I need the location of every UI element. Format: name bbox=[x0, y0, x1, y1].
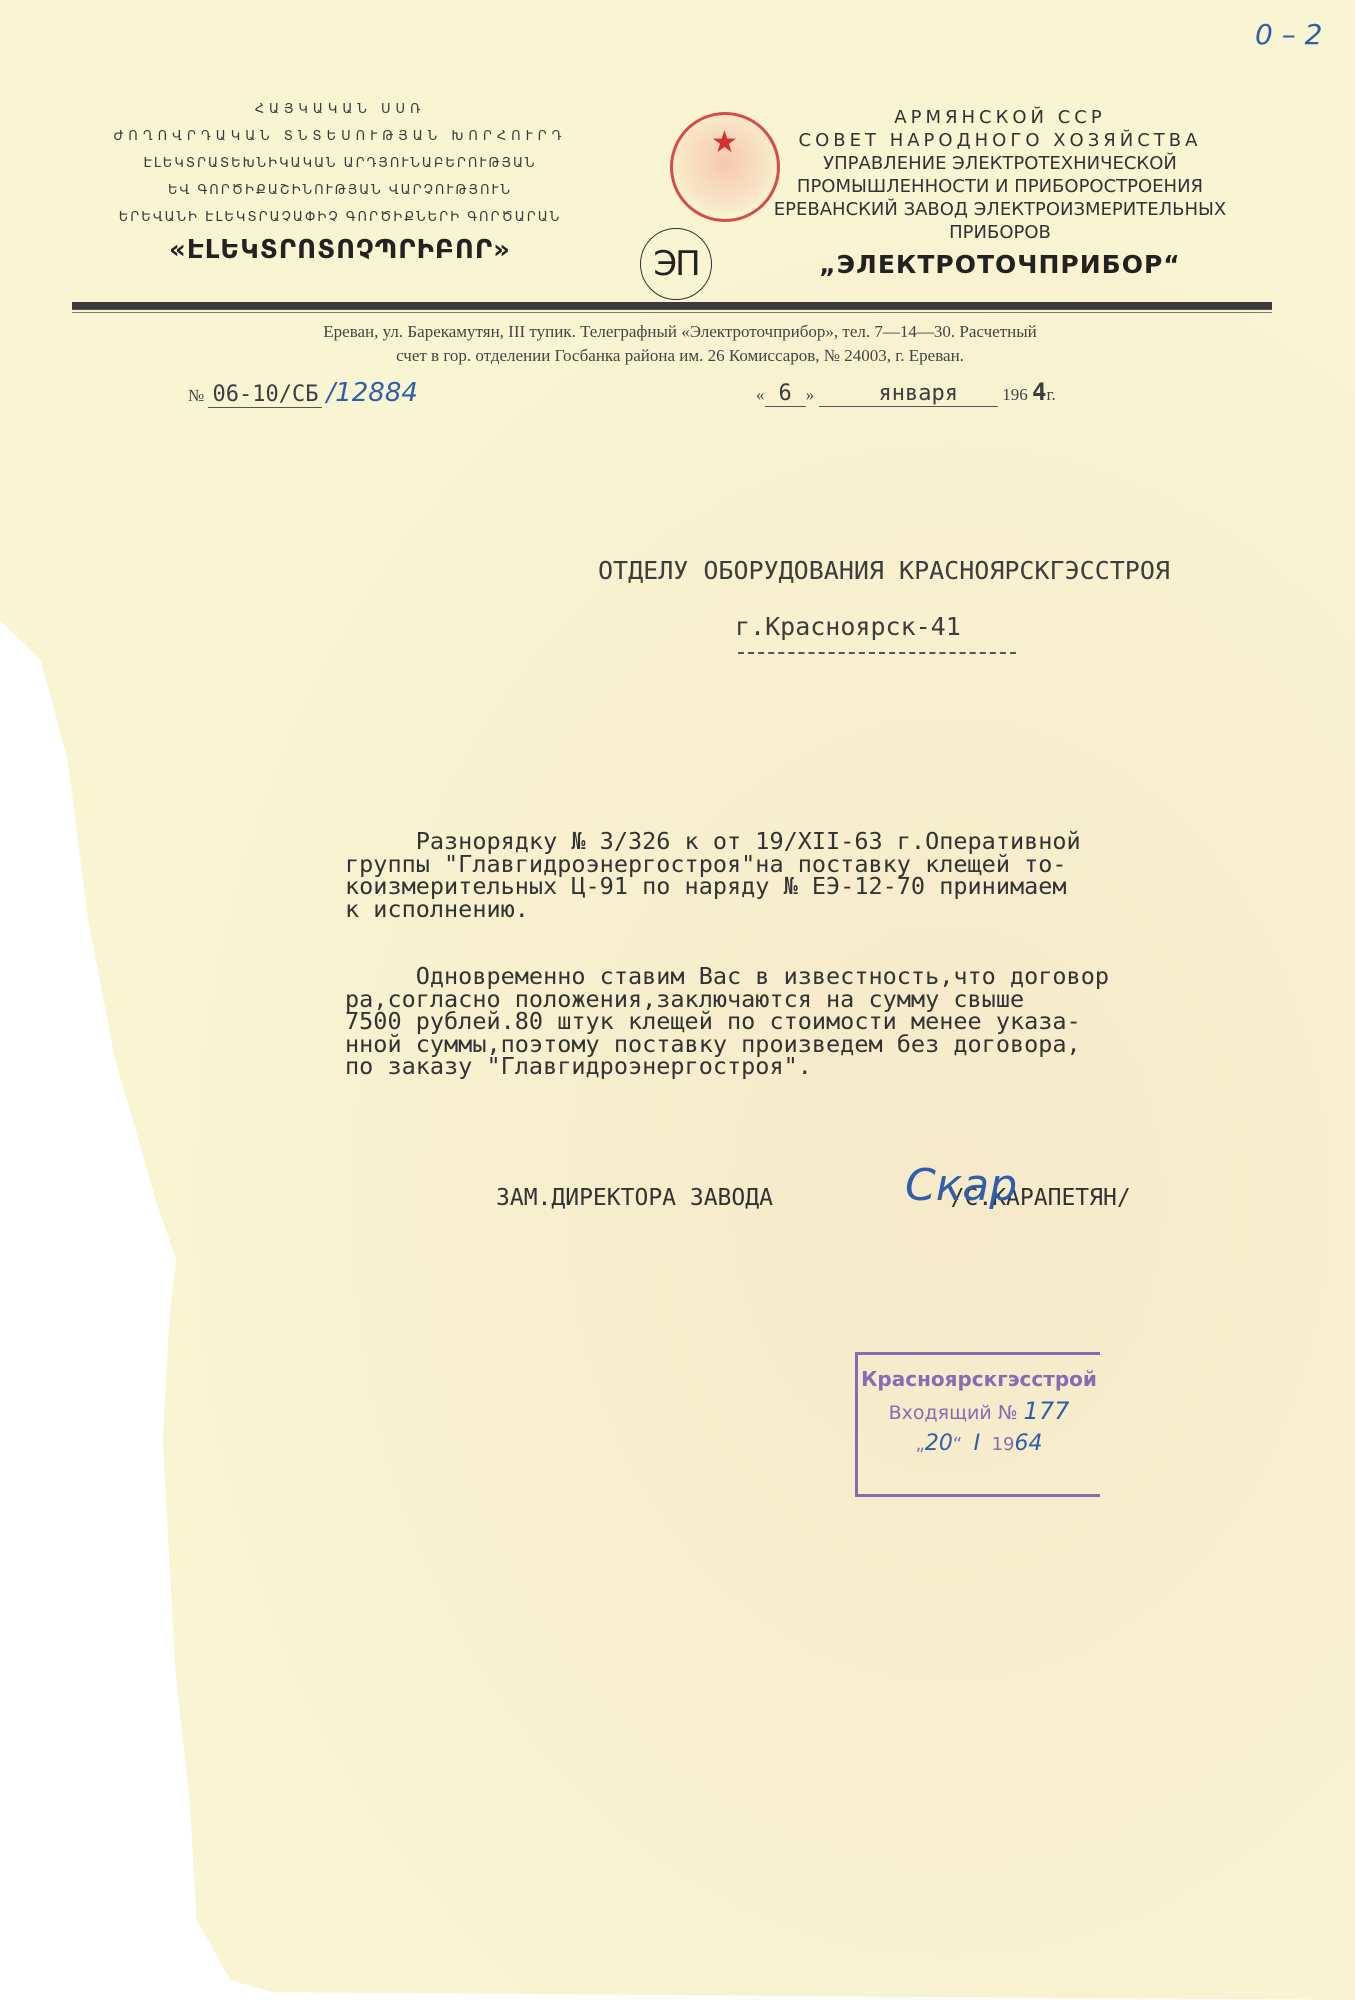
factory-logo-icon: ЭП bbox=[640, 228, 712, 300]
rus-line-3: УПРАВЛЕНИЕ ЭЛЕКТРОТЕХНИЧЕСКОЙ bbox=[720, 152, 1280, 175]
letterhead-armenian: ՀԱՅԿԱԿԱՆ ՍՍՌ ԺՈՂՈՎՐԴԱԿԱՆ ՏՆՏԵՍՈՒԹՅԱՆ ԽՈՐ… bbox=[60, 96, 620, 265]
letter-body: Разнорядку № 3/326 к от 19/XII-63 г.Опер… bbox=[345, 785, 1305, 1100]
letterhead-rule bbox=[72, 302, 1272, 310]
rus-line-6: ПРИБОРОВ bbox=[720, 221, 1280, 244]
arm-line-4: ԵՎ ԳՈՐԾԻՔԱՇԻՆՈՒԹՅԱՆ ՎԱՐՉՈՒԹՅՈՒՆ bbox=[60, 177, 620, 204]
handwritten-signature: Скар bbox=[905, 1160, 1017, 1211]
rus-line-4: ПРОМЫШЛЕННОСТИ И ПРИБОРОСТРОЕНИЯ bbox=[720, 175, 1280, 198]
stamp-number-handwritten: 177 bbox=[1024, 1397, 1070, 1425]
address-line-1: Ереван, ул. Барекамутян, III тупик. Теле… bbox=[60, 320, 1300, 344]
rus-company-name: „ЭЛЕКТРОТОЧПРИБОР“ bbox=[720, 250, 1280, 279]
ref-handwritten-number: /12884 bbox=[326, 378, 417, 408]
arm-line-2: ԺՈՂՈՎՐԴԱԿԱՆ ՏՆՏԵՍՈՒԹՅԱՆ ԽՈՐՀՈՒՐԴ bbox=[60, 123, 620, 150]
date-day: 6 bbox=[765, 381, 806, 407]
date-close-quote: » bbox=[806, 385, 815, 404]
date-open-quote: « bbox=[756, 385, 765, 404]
letterhead-russian: АРМЯНСКОЙ ССР СОВЕТ НАРОДНОГО ХОЗЯЙСТВА … bbox=[720, 106, 1280, 279]
rus-line-5: ЕРЕВАНСКИЙ ЗАВОД ЭЛЕКТРОИЗМЕРИТЕЛЬНЫХ bbox=[720, 198, 1280, 221]
rus-line-2: СОВЕТ НАРОДНОГО ХОЗЯЙСТВА bbox=[720, 129, 1280, 152]
date-year-suffix: г. bbox=[1046, 385, 1055, 404]
letterhead-rule-thin bbox=[72, 312, 1272, 313]
address-line-2: счет в гор. отделении Госбанка района им… bbox=[60, 344, 1300, 368]
stamp-date: „20“ I 1964 bbox=[858, 1431, 1100, 1456]
arm-line-5: ԵՐԵՎԱՆԻ ԷԼԵԿՏՐԱՉԱՓԻՉ ԳՈՐԾԻՔՆԵՐԻ ԳՈՐԾԱՐԱՆ bbox=[60, 204, 620, 231]
paragraph-1: Разнорядку № 3/326 к от 19/XII-63 г.Опер… bbox=[345, 830, 1305, 920]
addressee-line-1: ОТДЕЛУ ОБОРУДОВАНИЯ КРАСНОЯРСКГЭССТРОЯ bbox=[598, 556, 1170, 585]
signature-block: ЗАМ.ДИРЕКТОРА ЗАВОДА /С.КАРАПЕТЯН/ bbox=[496, 1185, 1131, 1211]
incoming-stamp: Красноярскгэсстрой Входящий № 177 „20“ I… bbox=[855, 1352, 1100, 1497]
paragraph-2: Одновременно ставим Вас в известность,чт… bbox=[345, 965, 1305, 1078]
date-month: января bbox=[819, 381, 998, 407]
letterhead-address: Ереван, ул. Барекамутян, III тупик. Теле… bbox=[60, 320, 1300, 368]
date-year-prefix: 196 bbox=[1002, 385, 1028, 404]
addressee-underline bbox=[738, 652, 1016, 654]
stamp-day: 20 bbox=[925, 1431, 953, 1456]
stamp-month: I bbox=[974, 1431, 981, 1456]
reference-number: № 06-10/СБ/12884 bbox=[188, 378, 418, 408]
ref-prefix: № bbox=[188, 386, 204, 405]
stamp-year: 64 bbox=[1014, 1431, 1042, 1456]
arm-line-1: ՀԱՅԿԱԿԱՆ ՍՍՌ bbox=[60, 96, 620, 123]
letter-date: «6» января 196 4г. bbox=[756, 378, 1056, 406]
stamp-year-prefix: 19 bbox=[992, 1434, 1015, 1455]
signatory-title: ЗАМ.ДИРЕКТОРА ЗАВОДА bbox=[496, 1185, 773, 1211]
arm-line-3: ԷԼԵԿՏՐԱՏԵԽՆԻԿԱԿԱՆ ԱՐԴՅՈՒՆԱԲԵՐՈՒԹՅԱՆ bbox=[60, 150, 620, 177]
stamp-incoming-number: Входящий № 177 bbox=[858, 1397, 1100, 1425]
addressee-city: г.Красноярск-41 bbox=[735, 612, 961, 641]
date-year-digit: 4 bbox=[1032, 378, 1046, 406]
handwritten-corner-mark: 0 – 2 bbox=[1255, 18, 1322, 51]
arm-company-name: «ԷԼԵԿՏՐՈՏՈՉՊՐԻԲՈՐ» bbox=[60, 235, 620, 265]
rus-line-1: АРМЯНСКОЙ ССР bbox=[720, 106, 1280, 129]
ref-typed-number: 06-10/СБ bbox=[208, 382, 322, 408]
stamp-org: Красноярскгэсстрой bbox=[858, 1367, 1100, 1391]
stamp-incoming-label: Входящий № bbox=[889, 1402, 1018, 1424]
